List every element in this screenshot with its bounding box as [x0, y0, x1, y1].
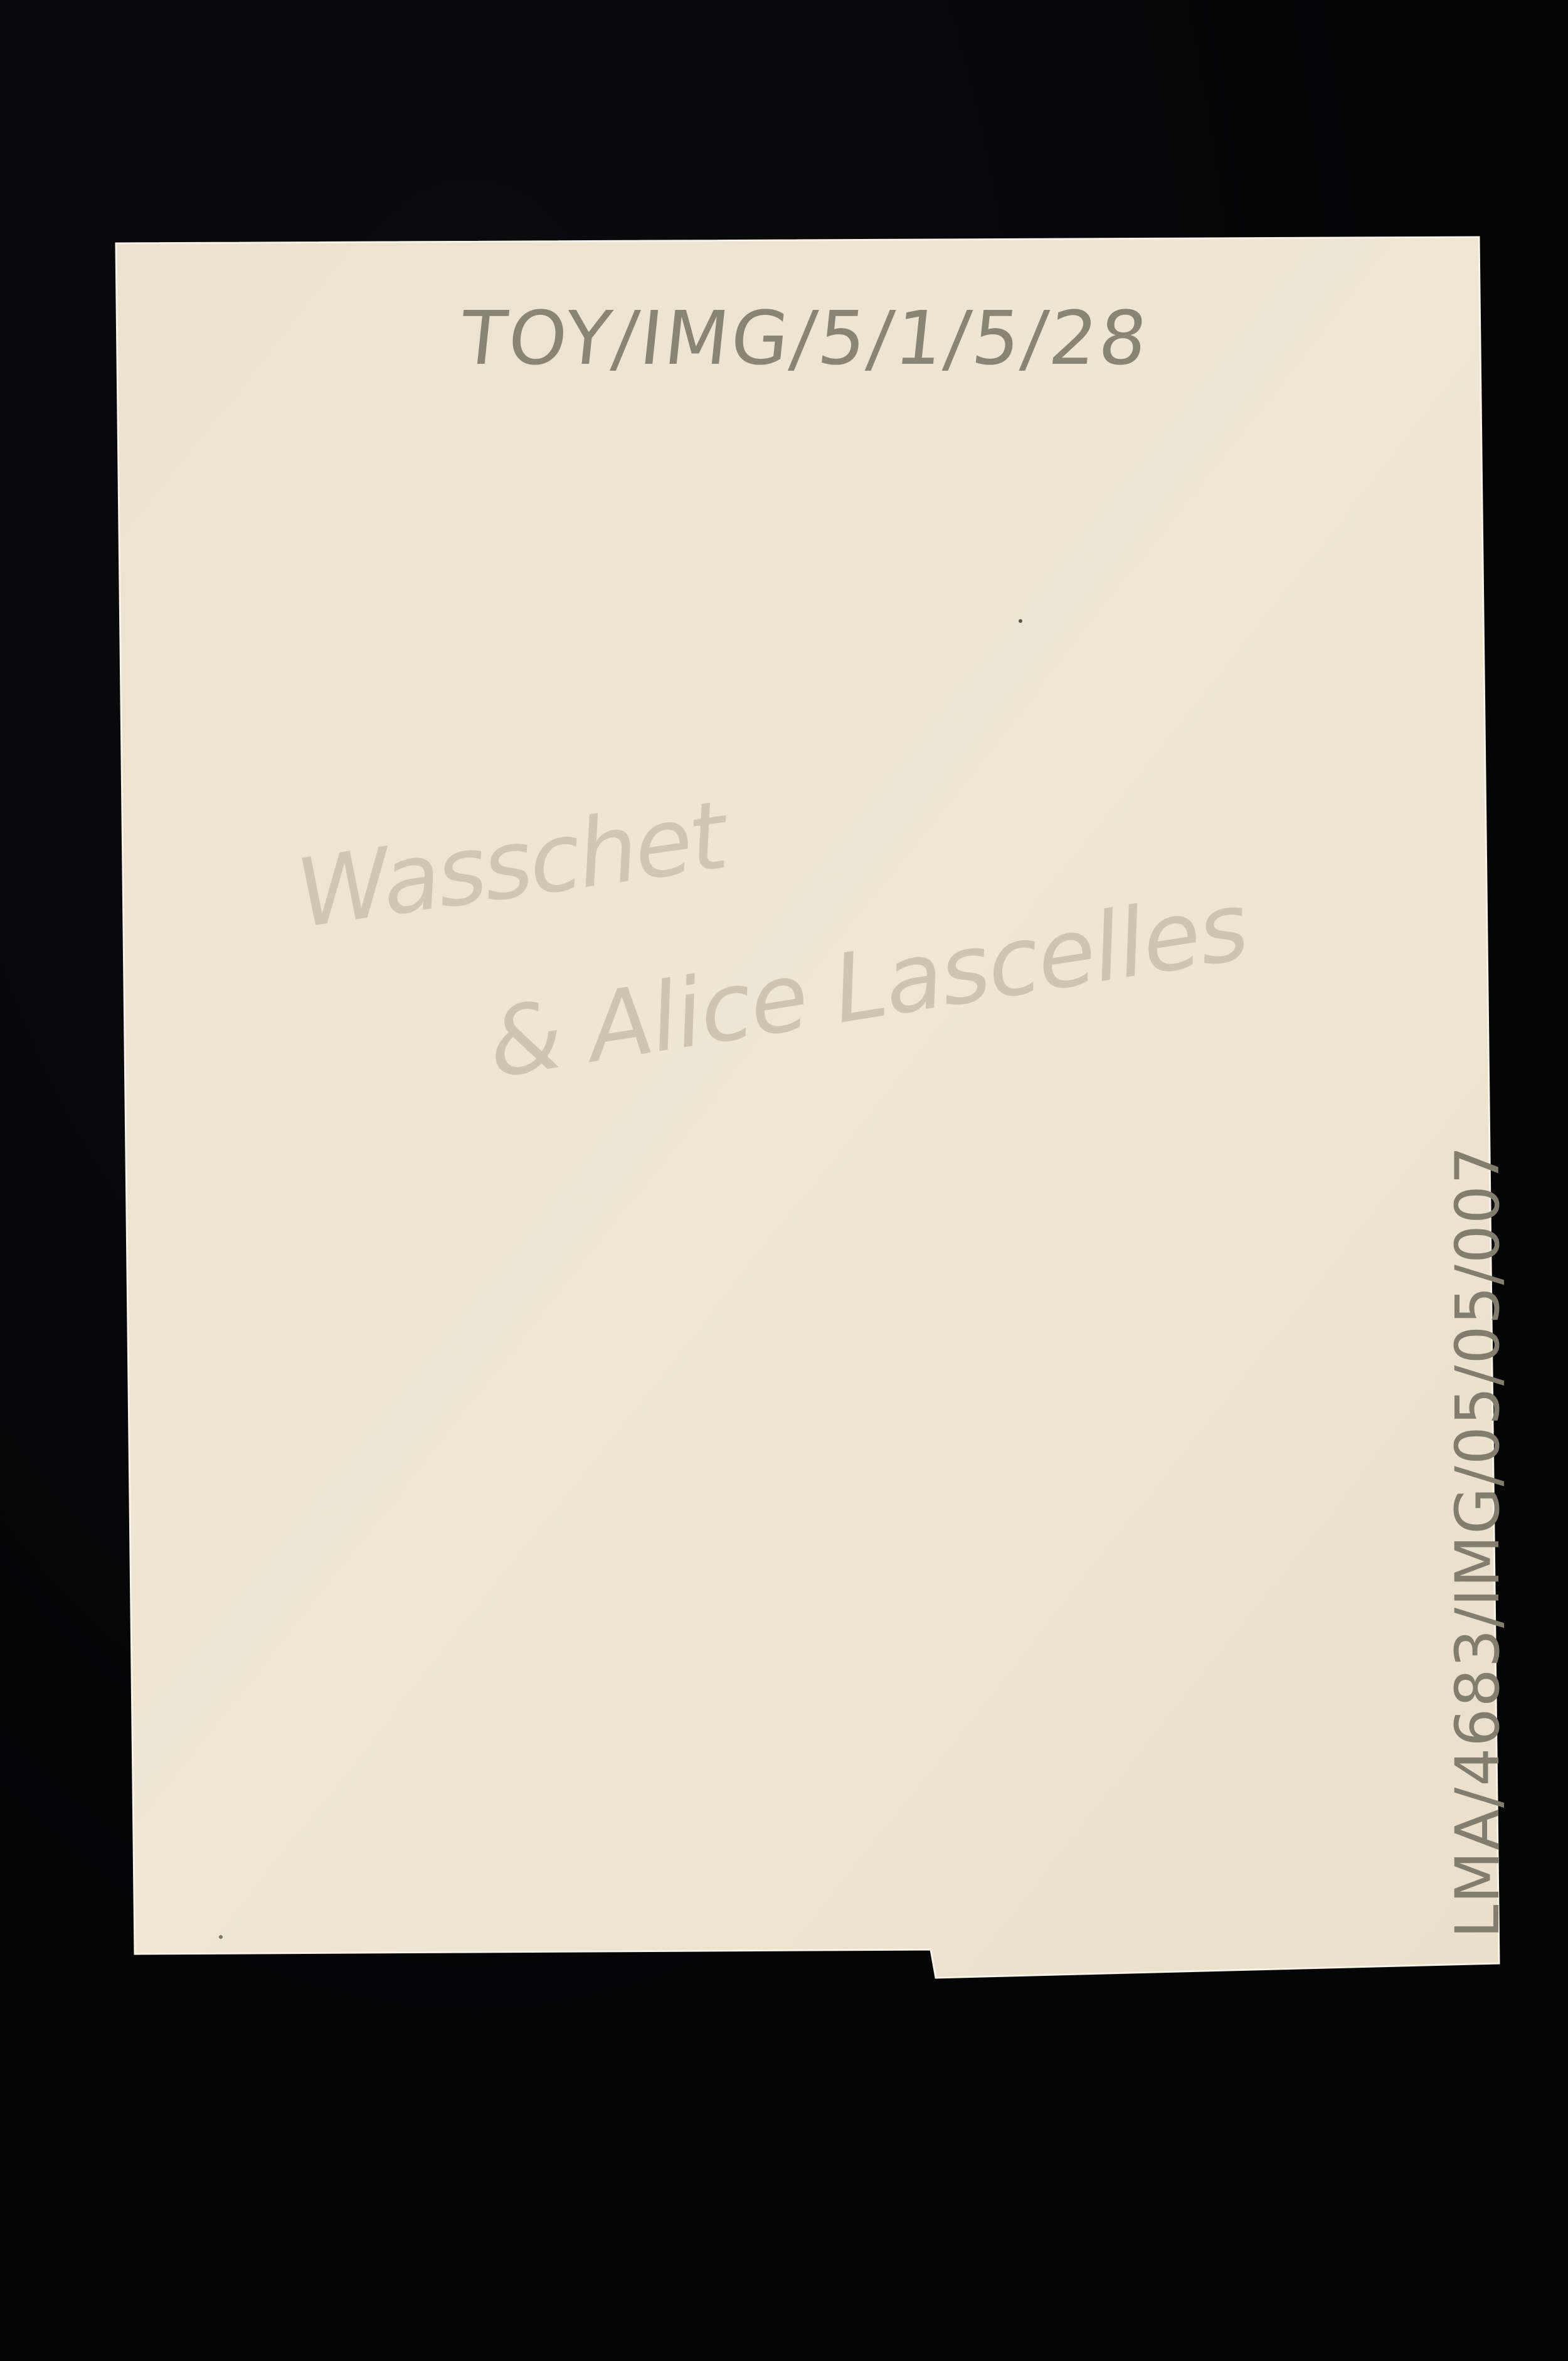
side-reference-number: LMA/4683/IMG/05/05/007 [1443, 1145, 1513, 1938]
paper-speck [219, 1935, 223, 1939]
card-paper [116, 237, 1499, 1978]
top-reference-number: TOY/IMG/5/1/5/28 [457, 295, 1153, 381]
paper-speck [1019, 619, 1022, 623]
